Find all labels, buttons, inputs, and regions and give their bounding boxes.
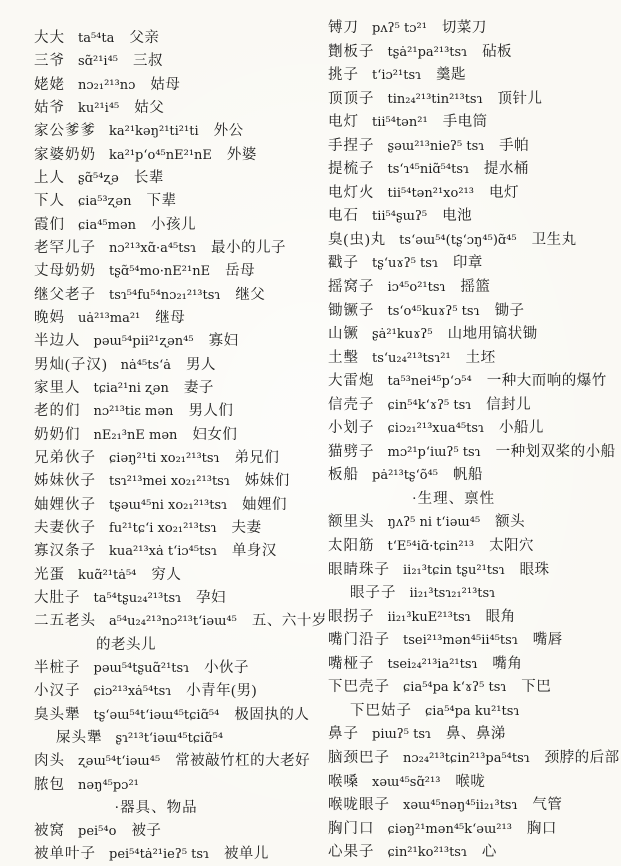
dictionary-entry: 大雷炮 ta⁵³nei⁴⁵pʻɔ⁵⁴ 一种大而响的爆竹 — [328, 369, 619, 393]
dictionary-entry: 摇窝子 iɔ⁴⁵o²¹tsɿ 摇篮 — [328, 275, 619, 299]
entry-pronunciation: kua²¹³xȧ tʻiɔ⁴⁵tsɿ — [109, 544, 217, 559]
entry-headword: 寡汉条子 — [34, 539, 96, 560]
entry-pronunciation: tin₂₄²¹³tin²¹³tsɿ — [388, 92, 483, 107]
entry-gloss: 手帕 — [499, 134, 529, 155]
entry-gloss: 嘴唇 — [533, 628, 563, 649]
dictionary-entry: 眼子子 ii₂₁³tsɿ₂₁²¹³tsɿ — [328, 581, 619, 605]
dictionary-entry: 信壳子 ɕin⁵⁴kʻɤʔ⁵ tsɿ 信封儿 — [328, 393, 619, 417]
entry-headword: 男灿(子汉) — [34, 353, 108, 374]
entry-headword: 劗板子 — [328, 40, 375, 61]
entry-gloss: 一种大而响的爆竹 — [487, 369, 607, 390]
entry-gloss: 山地用镐状锄 — [448, 322, 538, 343]
entry-pronunciation: tsei²¹³mən⁴⁵ii⁴⁵tsɿ — [403, 633, 518, 648]
dictionary-entry: 下巴壳子 ɕia⁵⁴pa kʻɤʔ⁵ tsɿ 下巴 — [328, 675, 619, 699]
entry-gloss: 继母 — [155, 306, 185, 327]
entry-headword: 臭头犟 — [34, 703, 81, 724]
entry-gloss: 妇女们 — [192, 423, 237, 444]
entry-headword: 妯娌伙子 — [34, 493, 96, 514]
entry-headword: 鼻子 — [328, 722, 359, 743]
entry-headword: 额里头 — [328, 510, 375, 531]
entry-gloss: 寡妇 — [209, 329, 239, 350]
entry-headword: 土墼 — [328, 346, 359, 367]
entry-headword: 姊妹伙子 — [34, 469, 96, 490]
dictionary-entry: 奶奶们 nE₂₁³nE mən 妇女们 — [34, 423, 318, 446]
dictionary-entry: 臭(虫)丸 tsʻəɯ⁵⁴(tʂʻɔŋ⁴⁵)ɑ̃⁴⁵ 卫生丸 — [328, 228, 619, 252]
dictionary-entry: 眼睛珠子 ii₂₁³tɕin tʂu²¹tsɿ 眼珠 — [328, 558, 619, 582]
dictionary-entry: 小汉子 ɕiɔ²¹³xȧ⁵⁴tsɿ 小青年(男) — [34, 679, 318, 702]
entry-headword: 大大 — [34, 26, 65, 47]
entry-gloss: 一种划双桨的小船 — [496, 440, 616, 461]
entry-headword: 姑爷 — [34, 96, 65, 117]
entry-pronunciation: xəɯ⁴⁵sɑ̃²¹³ — [372, 775, 440, 790]
dictionary-entry: 半桩子 pəɯ⁵⁴tʂuɑ̃²¹tsɿ 小伙子 — [34, 656, 318, 679]
entry-pronunciation: tʂəɯ⁴⁵ni xo₂₁²¹³tsɿ — [109, 498, 227, 513]
dictionary-entry: 丈母奶奶 tʂɑ̃⁵⁴mo·nE²¹nE 岳母 — [34, 259, 318, 282]
entry-pronunciation: ɕia⁴⁵mən — [78, 218, 136, 233]
dictionary-entry: 提梳子 tsʻɿ⁴⁵niɑ̃⁵⁴tsɿ 提水桶 — [328, 157, 619, 181]
entry-pronunciation: ŋʌʔ⁵ ni tʻiəɯ⁴⁵ — [388, 515, 481, 530]
entry-gloss: 五、六十岁 — [252, 609, 327, 630]
entry-headword: 下巴姑子 — [350, 699, 412, 720]
entry-headword: 姥姥 — [34, 73, 65, 94]
entry-headword: 二五老头 — [34, 609, 96, 630]
entry-pronunciation: ka²¹pʻo⁴⁵nE²¹nE — [109, 148, 212, 163]
entry-headword: 电石 — [328, 204, 359, 225]
entry-headword: 戳子 — [328, 251, 359, 272]
dictionary-entry: 板船 pȧ²¹³tʂʻõ⁴⁵ 帆船 — [328, 463, 619, 487]
entry-headword: 锄镢子 — [328, 299, 375, 320]
entry-pronunciation: tʻE⁵⁴iɑ̃·tɕin²¹³ — [388, 539, 475, 554]
entry-pronunciation: nɔ²¹³tiɛ mən — [94, 404, 174, 419]
dictionary-entry: 夫妻伙子 fu²¹tɕʻi xo₂₁²¹³tsɿ 夫妻 — [34, 516, 318, 539]
entry-gloss: 极固执的人 — [234, 703, 309, 724]
entry-pronunciation: mɔ²¹pʻiɯʔ⁵ tsɿ — [388, 445, 481, 460]
entry-pronunciation: ɕiəŋ²¹mən⁴⁵kʻəɯ²¹³ — [388, 822, 512, 837]
entry-gloss: 土坯 — [466, 346, 496, 367]
entry-headword: 霞们 — [34, 213, 65, 234]
entry-headword: 提梳子 — [328, 157, 375, 178]
dictionary-entry: 大肚子 ta⁵⁴tʂu₂₄²¹³tsɿ 孕妇 — [34, 586, 318, 609]
entry-pronunciation: nɔ₂₄²¹³tɕin²¹³pa⁵⁴tsɿ — [403, 751, 530, 766]
entry-headword: 被窝 — [34, 819, 65, 840]
entry-headword: 臭(虫)丸 — [328, 228, 386, 249]
entry-gloss: 胸口 — [527, 817, 557, 838]
entry-headword: 大肚子 — [34, 586, 81, 607]
entry-gloss: 下辈 — [146, 189, 176, 210]
entry-pronunciation: fu²¹tɕʻi xo₂₁²¹³tsɿ — [109, 521, 217, 536]
entry-pronunciation: ta⁵³nei⁴⁵pʻɔ⁵⁴ — [388, 374, 472, 389]
dictionary-entry: 顶顶子 tin₂₄²¹³tin²¹³tsɿ 顶针儿 — [328, 87, 619, 111]
entry-headword: 山镢 — [328, 322, 359, 343]
entry-pronunciation: nȧ⁴⁵tsʻȧ — [121, 358, 171, 373]
entry-headword: 家婆奶奶 — [34, 143, 96, 164]
entry-pronunciation: pʌʔ⁵ tɔ²¹ — [372, 21, 427, 36]
entry-gloss: 外公 — [214, 119, 244, 140]
entry-headword: 丈母奶奶 — [34, 259, 96, 280]
entry-pronunciation: ʂɑ̃⁵⁴ʐə — [78, 171, 119, 186]
entry-gloss: 姊妹们 — [245, 469, 290, 490]
entry-pronunciation: ʐəɯ⁵⁴tʻiəɯ⁴⁵ — [78, 754, 160, 769]
dictionary-entry: 额里头 ŋʌʔ⁵ ni tʻiəɯ⁴⁵ 额头 — [328, 510, 619, 534]
entry-pronunciation: ta⁵⁴ta — [78, 31, 114, 46]
entry-gloss: 小船儿 — [499, 416, 544, 437]
entry-pronunciation: pei⁵⁴tȧ²¹ieʔ⁵ tsɿ — [109, 847, 209, 862]
entry-gloss: 小青年(男) — [186, 679, 257, 700]
entry-gloss-continuation-row: 的老头儿 — [34, 633, 318, 656]
entry-headword: 眼拐子 — [328, 605, 375, 626]
dictionary-entry: 光蛋 kuɑ̃²¹tȧ⁵⁴ 穷人 — [34, 563, 318, 586]
dictionary-entry: 老罕儿子 nɔ²¹³xɑ̃·a⁴⁵tsɿ 最小的儿子 — [34, 236, 318, 259]
entry-pronunciation: tii⁵⁴tən²¹xo²¹³ — [388, 186, 474, 201]
entry-pronunciation: tʂɑ̃⁵⁴mo·nE²¹nE — [109, 264, 210, 279]
dictionary-entry: 喉嗓 xəɯ⁴⁵sɑ̃²¹³ 喉咙 — [328, 770, 619, 794]
entry-headword: 脑颈巴子 — [328, 746, 390, 767]
dictionary-entry: 老的们 nɔ²¹³tiɛ mən 男人们 — [34, 399, 318, 422]
entry-headword: 信壳子 — [328, 393, 375, 414]
dictionary-entry: 被窝 pei⁵⁴o 被子 — [34, 819, 318, 842]
entry-gloss: 外婆 — [227, 143, 257, 164]
entry-gloss: 气管 — [532, 793, 562, 814]
entry-headword: 夫妻伙子 — [34, 516, 96, 537]
dictionary-entry: 下人 ɕia⁵³ʐən 下辈 — [34, 189, 318, 212]
entry-pronunciation: tii⁵⁴ʂɯʔ⁵ — [372, 209, 427, 224]
entry-gloss: 夫妻 — [232, 516, 262, 537]
entry-headword: 胸门口 — [328, 817, 375, 838]
entry-headword: 电灯 — [328, 110, 359, 131]
entry-pronunciation: nɔ₂₁²¹³nɔ — [78, 78, 135, 93]
entry-gloss: 姑母 — [150, 73, 180, 94]
right-column: 镈刀 pʌʔ⁵ tɔ²¹ 切菜刀 劗板子 tʂȧ²¹pa²¹³tsɿ 砧板 挑子… — [322, 0, 621, 866]
dictionary-entry: 猫劈子 mɔ²¹pʻiɯʔ⁵ tsɿ 一种划双桨的小船 — [328, 440, 619, 464]
entry-pronunciation: ɕia⁵⁴pa ku²¹tsɿ — [425, 704, 519, 719]
entry-gloss: 男人 — [186, 353, 216, 374]
dictionary-entry: 晚妈 uȧ²¹³ma²¹ 继母 — [34, 306, 318, 329]
entry-headword: 晚妈 — [34, 306, 65, 327]
entry-headword: 挑子 — [328, 63, 359, 84]
dictionary-entry: 戳子 tʂʻuɤʔ⁵ tsɿ 印章 — [328, 251, 619, 275]
entry-pronunciation: tsʻəɯ⁵⁴(tʂʻɔŋ⁴⁵)ɑ̃⁴⁵ — [399, 233, 516, 248]
entry-pronunciation: iɔ⁴⁵o²¹tsɿ — [388, 280, 446, 295]
entry-headword: 太阳筋 — [328, 534, 375, 555]
entry-gloss: 喉咙 — [455, 770, 485, 791]
section-heading: ·器具、物品 — [114, 796, 197, 817]
entry-gloss: 眼珠 — [520, 558, 550, 579]
entry-pronunciation: pȧ²¹³tʂʻõ⁴⁵ — [372, 468, 438, 483]
entry-headword: 小划子 — [328, 416, 375, 437]
dictionary-entry: 被单叶子 pei⁵⁴tȧ²¹ieʔ⁵ tsɿ 被单儿 — [34, 842, 318, 865]
entry-gloss: 锄子 — [494, 299, 524, 320]
entry-pronunciation: piɯʔ⁵ tsɿ — [372, 727, 431, 742]
dictionary-entry: 电灯 tii⁵⁴tən²¹ 手电筒 — [328, 110, 619, 134]
dictionary-entry: 太阳筋 tʻE⁵⁴iɑ̃·tɕin²¹³ 太阳穴 — [328, 534, 619, 558]
entry-pronunciation: sɑ̃²¹i⁴⁵ — [78, 54, 118, 69]
dictionary-entry: 脓包 nəŋ⁴⁵pɔ²¹ — [34, 773, 318, 796]
entry-gloss: 印章 — [453, 251, 483, 272]
entry-gloss: 单身汉 — [232, 539, 277, 560]
entry-headword: 顶顶子 — [328, 87, 375, 108]
dictionary-entry: 家婆奶奶 ka²¹pʻo⁴⁵nE²¹nE 外婆 — [34, 143, 318, 166]
dictionary-entry: 眼拐子 ii₂₁³kuE²¹³tsɿ 眼角 — [328, 605, 619, 629]
entry-pronunciation: tsei₂₄²¹³ia²¹tsɿ — [388, 657, 478, 672]
entry-headword: 三爷 — [34, 49, 65, 70]
entry-headword: 电灯火 — [328, 181, 375, 202]
entry-pronunciation: tʻiɔ²¹tsɿ — [372, 68, 421, 83]
left-column: 大大 ta⁵⁴ta 父亲 三爷 sɑ̃²¹i⁴⁵ 三叔 姥姥 nɔ₂₁²¹³nɔ… — [0, 0, 322, 866]
entry-headword: 喉嗓 — [328, 770, 359, 791]
entry-pronunciation: uȧ²¹³ma²¹ — [78, 311, 140, 326]
entry-pronunciation: tsʻɿ⁴⁵niɑ̃⁵⁴tsɿ — [388, 162, 469, 177]
entry-gloss: 被单儿 — [224, 842, 269, 863]
entry-pronunciation: ɕiɔ₂₁²¹³xua⁴⁵tsɿ — [388, 421, 484, 436]
entry-pronunciation: tsɿ⁵⁴fu⁵⁴nɔ₂₁²¹³tsɿ — [109, 288, 220, 303]
dictionary-entry: 姑爷 ku²¹i⁴⁵ 姑父 — [34, 96, 318, 119]
dictionary-entry: 土墼 tsʻu₂₄²¹³tsɿ²¹ 土坯 — [328, 346, 619, 370]
entry-gloss: 额头 — [495, 510, 525, 531]
entry-pronunciation: ta⁵⁴tʂu₂₄²¹³tsɿ — [94, 591, 182, 606]
entry-headword: 摇窝子 — [328, 275, 375, 296]
entry-pronunciation: ɕiəŋ²¹ti xo₂₁²¹³tsɿ — [109, 451, 219, 466]
entry-pronunciation: ii₂₁³tsɿ₂₁²¹³tsɿ — [410, 586, 496, 601]
entry-pronunciation: ʂȧ²¹kuɤʔ⁵ — [372, 327, 433, 342]
entry-gloss: 弟兄们 — [234, 446, 279, 467]
entry-gloss: 信封儿 — [486, 393, 531, 414]
dictionary-entry: 大大 ta⁵⁴ta 父亲 — [34, 26, 318, 49]
entry-headword: 老的们 — [34, 399, 81, 420]
dictionary-entry: 嘴门沿子 tsei²¹³mən⁴⁵ii⁴⁵tsɿ 嘴唇 — [328, 628, 619, 652]
dictionary-entry: 妯娌伙子 tʂəɯ⁴⁵ni xo₂₁²¹³tsɿ 妯娌们 — [34, 493, 318, 516]
entry-pronunciation: tsʻu₂₄²¹³tsɿ²¹ — [372, 351, 451, 366]
entry-pronunciation: ii₂₁³kuE²¹³tsɿ — [388, 610, 471, 625]
entry-gloss: 嘴角 — [492, 652, 522, 673]
entry-pronunciation: pei⁵⁴o — [78, 824, 116, 839]
entry-pronunciation: ku²¹i⁴⁵ — [78, 101, 119, 116]
dictionary-entry: 二五老头 a⁵⁴u₂₄²¹³nɔ²¹³tʻiəɯ⁴⁵ 五、六十岁 — [34, 609, 318, 632]
dictionary-entry: 半边人 pəɯ⁵⁴pii²¹ʐən⁴⁵ 寡妇 — [34, 329, 318, 352]
entry-pronunciation: tsʻo⁴⁵kuɤʔ⁵ tsɿ — [388, 304, 480, 319]
entry-pronunciation: pəɯ⁵⁴pii²¹ʐən⁴⁵ — [94, 334, 194, 349]
entry-gloss: 姑父 — [134, 96, 164, 117]
entry-headword: 光蛋 — [34, 563, 65, 584]
entry-pronunciation: ɕia⁵³ʐən — [78, 194, 131, 209]
entry-headword: 板船 — [328, 463, 359, 484]
section-heading-row: ·器具、物品 — [34, 796, 318, 819]
entry-gloss: 眼角 — [486, 605, 516, 626]
entry-pronunciation: tii⁵⁴tən²¹ — [372, 115, 428, 130]
entry-headword: 手捏子 — [328, 134, 375, 155]
section-heading: ·生理、禀性 — [412, 487, 495, 508]
entry-pronunciation: nE₂₁³nE mən — [94, 428, 178, 443]
entry-headword: 嘴门沿子 — [328, 628, 390, 649]
entry-gloss: 手电筒 — [443, 110, 488, 131]
entry-pronunciation: tʂȧ²¹pa²¹³tsɿ — [388, 45, 468, 60]
dictionary-entry: 喉咙眼子 xəɯ⁴⁵nəŋ⁴⁵ii₂₁³tsɿ 气管 — [328, 793, 619, 817]
dictionary-entry: 劗板子 tʂȧ²¹pa²¹³tsɿ 砧板 — [328, 40, 619, 64]
entry-pronunciation: pəɯ⁵⁴tʂuɑ̃²¹tsɿ — [94, 661, 190, 676]
entry-gloss: 心 — [482, 840, 497, 861]
entry-gloss: 顶针儿 — [497, 87, 542, 108]
entry-headword: 屎头犟 — [56, 726, 103, 747]
entry-pronunciation: ɕin²¹ko²¹³tsɿ — [388, 845, 467, 860]
dictionary-entry: 手捏子 ʂəɯ²¹³nieʔ⁵ tsɿ 手帕 — [328, 134, 619, 158]
entry-pronunciation: tʂʻəɯ⁵⁴tʻiəɯ⁴⁵tɕiɑ̃⁵⁴ — [94, 708, 220, 723]
entry-gloss: 切菜刀 — [442, 16, 487, 37]
dictionary-entry: 姊妹伙子 tsɿ²¹³mei xo₂₁²¹³tsɿ 姊妹们 — [34, 469, 318, 492]
dictionary-entry: 继父老子 tsɿ⁵⁴fu⁵⁴nɔ₂₁²¹³tsɿ 继父 — [34, 283, 318, 306]
section-heading-row: ·生理、禀性 — [328, 487, 619, 511]
entry-pronunciation: tɕia²¹ni ʐən — [94, 381, 169, 396]
dictionary-entry: 胸门口 ɕiəŋ²¹mən⁴⁵kʻəɯ²¹³ 胸口 — [328, 817, 619, 841]
entry-headword: 眼睛珠子 — [328, 558, 390, 579]
dictionary-entry: 上人 ʂɑ̃⁵⁴ʐə 长辈 — [34, 166, 318, 189]
entry-gloss: 妻子 — [184, 376, 214, 397]
entry-headword: 嘴桠子 — [328, 652, 375, 673]
dictionary-entry: 山镢 ʂȧ²¹kuɤʔ⁵ 山地用镐状锄 — [328, 322, 619, 346]
entry-pronunciation: ɕiɔ²¹³xȧ⁵⁴tsɿ — [94, 684, 172, 699]
dictionary-entry: 屎头犟 ʂɿ²¹³tʻiəɯ⁴⁵tɕiɑ̃⁵⁴ — [34, 726, 318, 749]
entry-headword: 心果子 — [328, 840, 375, 861]
dictionary-entry: 肉头 ʐəɯ⁵⁴tʻiəɯ⁴⁵ 常被敲竹杠的大老好 — [34, 749, 318, 772]
entry-headword: 家公爹爹 — [34, 119, 96, 140]
entry-headword: 兄弟伙子 — [34, 446, 96, 467]
dictionary-entry: 寡汉条子 kua²¹³xȧ tʻiɔ⁴⁵tsɿ 单身汉 — [34, 539, 318, 562]
entry-pronunciation: a⁵⁴u₂₄²¹³nɔ²¹³tʻiəɯ⁴⁵ — [109, 614, 237, 629]
dictionary-entry: 兄弟伙子 ɕiəŋ²¹ti xo₂₁²¹³tsɿ 弟兄们 — [34, 446, 318, 469]
entry-headword: 大雷炮 — [328, 369, 375, 390]
entry-pronunciation: ka²¹kəŋ²¹ti²¹ti — [109, 124, 199, 139]
entry-gloss: 小伙子 — [204, 656, 249, 677]
dictionary-page: 大大 ta⁵⁴ta 父亲 三爷 sɑ̃²¹i⁴⁵ 三叔 姥姥 nɔ₂₁²¹³nɔ… — [0, 0, 621, 866]
entry-headword: 继父老子 — [34, 283, 96, 304]
dictionary-entry: 男灿(子汉) nȧ⁴⁵tsʻȧ 男人 — [34, 353, 318, 376]
entry-gloss: 穷人 — [151, 563, 181, 584]
entry-gloss: 父亲 — [129, 26, 159, 47]
entry-gloss: 颈脖的后部 — [545, 746, 620, 767]
entry-gloss: 鼻、鼻涕 — [446, 722, 506, 743]
entry-gloss: 最小的儿子 — [211, 236, 286, 257]
entry-headword: 下人 — [34, 189, 65, 210]
entry-gloss: 男人们 — [188, 399, 233, 420]
dictionary-entry: 鼻子 piɯʔ⁵ tsɿ 鼻、鼻涕 — [328, 722, 619, 746]
dictionary-entry: 家里人 tɕia²¹ni ʐən 妻子 — [34, 376, 318, 399]
dictionary-entry: 臭头犟 tʂʻəɯ⁵⁴tʻiəɯ⁴⁵tɕiɑ̃⁵⁴ 极固执的人 — [34, 703, 318, 726]
entry-headword: 被单叶子 — [34, 842, 96, 863]
entry-gloss-continuation: 的老头儿 — [96, 633, 156, 654]
entry-headword: 肉头 — [34, 749, 65, 770]
entry-gloss: 提水桶 — [484, 157, 529, 178]
entry-gloss: 小孩儿 — [151, 213, 196, 234]
entry-gloss: 羹匙 — [436, 63, 466, 84]
entry-gloss: 摇篮 — [460, 275, 490, 296]
entry-headword: 家里人 — [34, 376, 81, 397]
entry-headword: 半边人 — [34, 329, 81, 350]
entry-gloss: 电灯 — [489, 181, 519, 202]
entry-pronunciation: ʂəɯ²¹³nieʔ⁵ tsɿ — [388, 139, 485, 154]
entry-pronunciation: tsɿ²¹³mei xo₂₁²¹³tsɿ — [109, 474, 230, 489]
entry-headword: 半桩子 — [34, 656, 81, 677]
dictionary-entry: 下巴姑子 ɕia⁵⁴pa ku²¹tsɿ — [328, 699, 619, 723]
entry-headword: 喉咙眼子 — [328, 793, 390, 814]
entry-gloss: 继父 — [235, 283, 265, 304]
entry-pronunciation: xəɯ⁴⁵nəŋ⁴⁵ii₂₁³tsɿ — [403, 798, 517, 813]
entry-gloss: 帆船 — [453, 463, 483, 484]
entry-headword: 脓包 — [34, 773, 65, 794]
entry-pronunciation: kuɑ̃²¹tȧ⁵⁴ — [78, 568, 136, 583]
dictionary-entry: 锄镢子 tsʻo⁴⁵kuɤʔ⁵ tsɿ 锄子 — [328, 299, 619, 323]
entry-gloss: 三叔 — [133, 49, 163, 70]
dictionary-entry: 脑颈巴子 nɔ₂₄²¹³tɕin²¹³pa⁵⁴tsɿ 颈脖的后部 — [328, 746, 619, 770]
dictionary-entry: 电灯火 tii⁵⁴tən²¹xo²¹³ 电灯 — [328, 181, 619, 205]
entry-headword: 奶奶们 — [34, 423, 81, 444]
dictionary-entry: 挑子 tʻiɔ²¹tsɿ 羹匙 — [328, 63, 619, 87]
entry-gloss: 岳母 — [225, 259, 255, 280]
dictionary-entry: 三爷 sɑ̃²¹i⁴⁵ 三叔 — [34, 49, 318, 72]
entry-pronunciation: ɕin⁵⁴kʻɤʔ⁵ tsɿ — [388, 398, 472, 413]
dictionary-entry: 家公爹爹 ka²¹kəŋ²¹ti²¹ti 外公 — [34, 119, 318, 142]
entry-headword: 猫劈子 — [328, 440, 375, 461]
entry-headword: 镈刀 — [328, 16, 359, 37]
dictionary-entry: 霞们 ɕia⁴⁵mən 小孩儿 — [34, 213, 318, 236]
entry-gloss: 长辈 — [134, 166, 164, 187]
entry-gloss: 孕妇 — [196, 586, 226, 607]
dictionary-entry: 心果子 ɕin²¹ko²¹³tsɿ 心 — [328, 840, 619, 864]
dictionary-entry: 镈刀 pʌʔ⁵ tɔ²¹ 切菜刀 — [328, 16, 619, 40]
entry-pronunciation: ii₂₁³tɕin tʂu²¹tsɿ — [403, 563, 505, 578]
entry-headword: 老罕儿子 — [34, 236, 96, 257]
dictionary-entry: 电石 tii⁵⁴ʂɯʔ⁵ 电池 — [328, 204, 619, 228]
entry-gloss: 妯娌们 — [242, 493, 287, 514]
dictionary-entry: 嘴桠子 tsei₂₄²¹³ia²¹tsɿ 嘴角 — [328, 652, 619, 676]
entry-gloss: 太阳穴 — [489, 534, 534, 555]
dictionary-entry: 小划子 ɕiɔ₂₁²¹³xua⁴⁵tsɿ 小船儿 — [328, 416, 619, 440]
entry-headword: 下巴壳子 — [328, 675, 390, 696]
entry-pronunciation: ɕia⁵⁴pa kʻɤʔ⁵ tsɿ — [403, 680, 506, 695]
entry-gloss: 卫生丸 — [532, 228, 577, 249]
entry-pronunciation: nəŋ⁴⁵pɔ²¹ — [78, 778, 139, 793]
entry-pronunciation: ʂɿ²¹³tʻiəɯ⁴⁵tɕiɑ̃⁵⁴ — [116, 731, 224, 746]
entry-gloss: 常被敲竹杠的大老好 — [175, 749, 310, 770]
entry-gloss: 电池 — [442, 204, 472, 225]
entry-gloss: 被子 — [131, 819, 161, 840]
entry-headword: 眼子子 — [350, 581, 397, 602]
entry-headword: 上人 — [34, 166, 65, 187]
entry-headword: 小汉子 — [34, 679, 81, 700]
entry-pronunciation: nɔ²¹³xɑ̃·a⁴⁵tsɿ — [109, 241, 196, 256]
entry-gloss: 下巴 — [521, 675, 551, 696]
entry-gloss: 砧板 — [482, 40, 512, 61]
entry-pronunciation: tʂʻuɤʔ⁵ tsɿ — [372, 256, 438, 271]
dictionary-entry: 姥姥 nɔ₂₁²¹³nɔ 姑母 — [34, 73, 318, 96]
